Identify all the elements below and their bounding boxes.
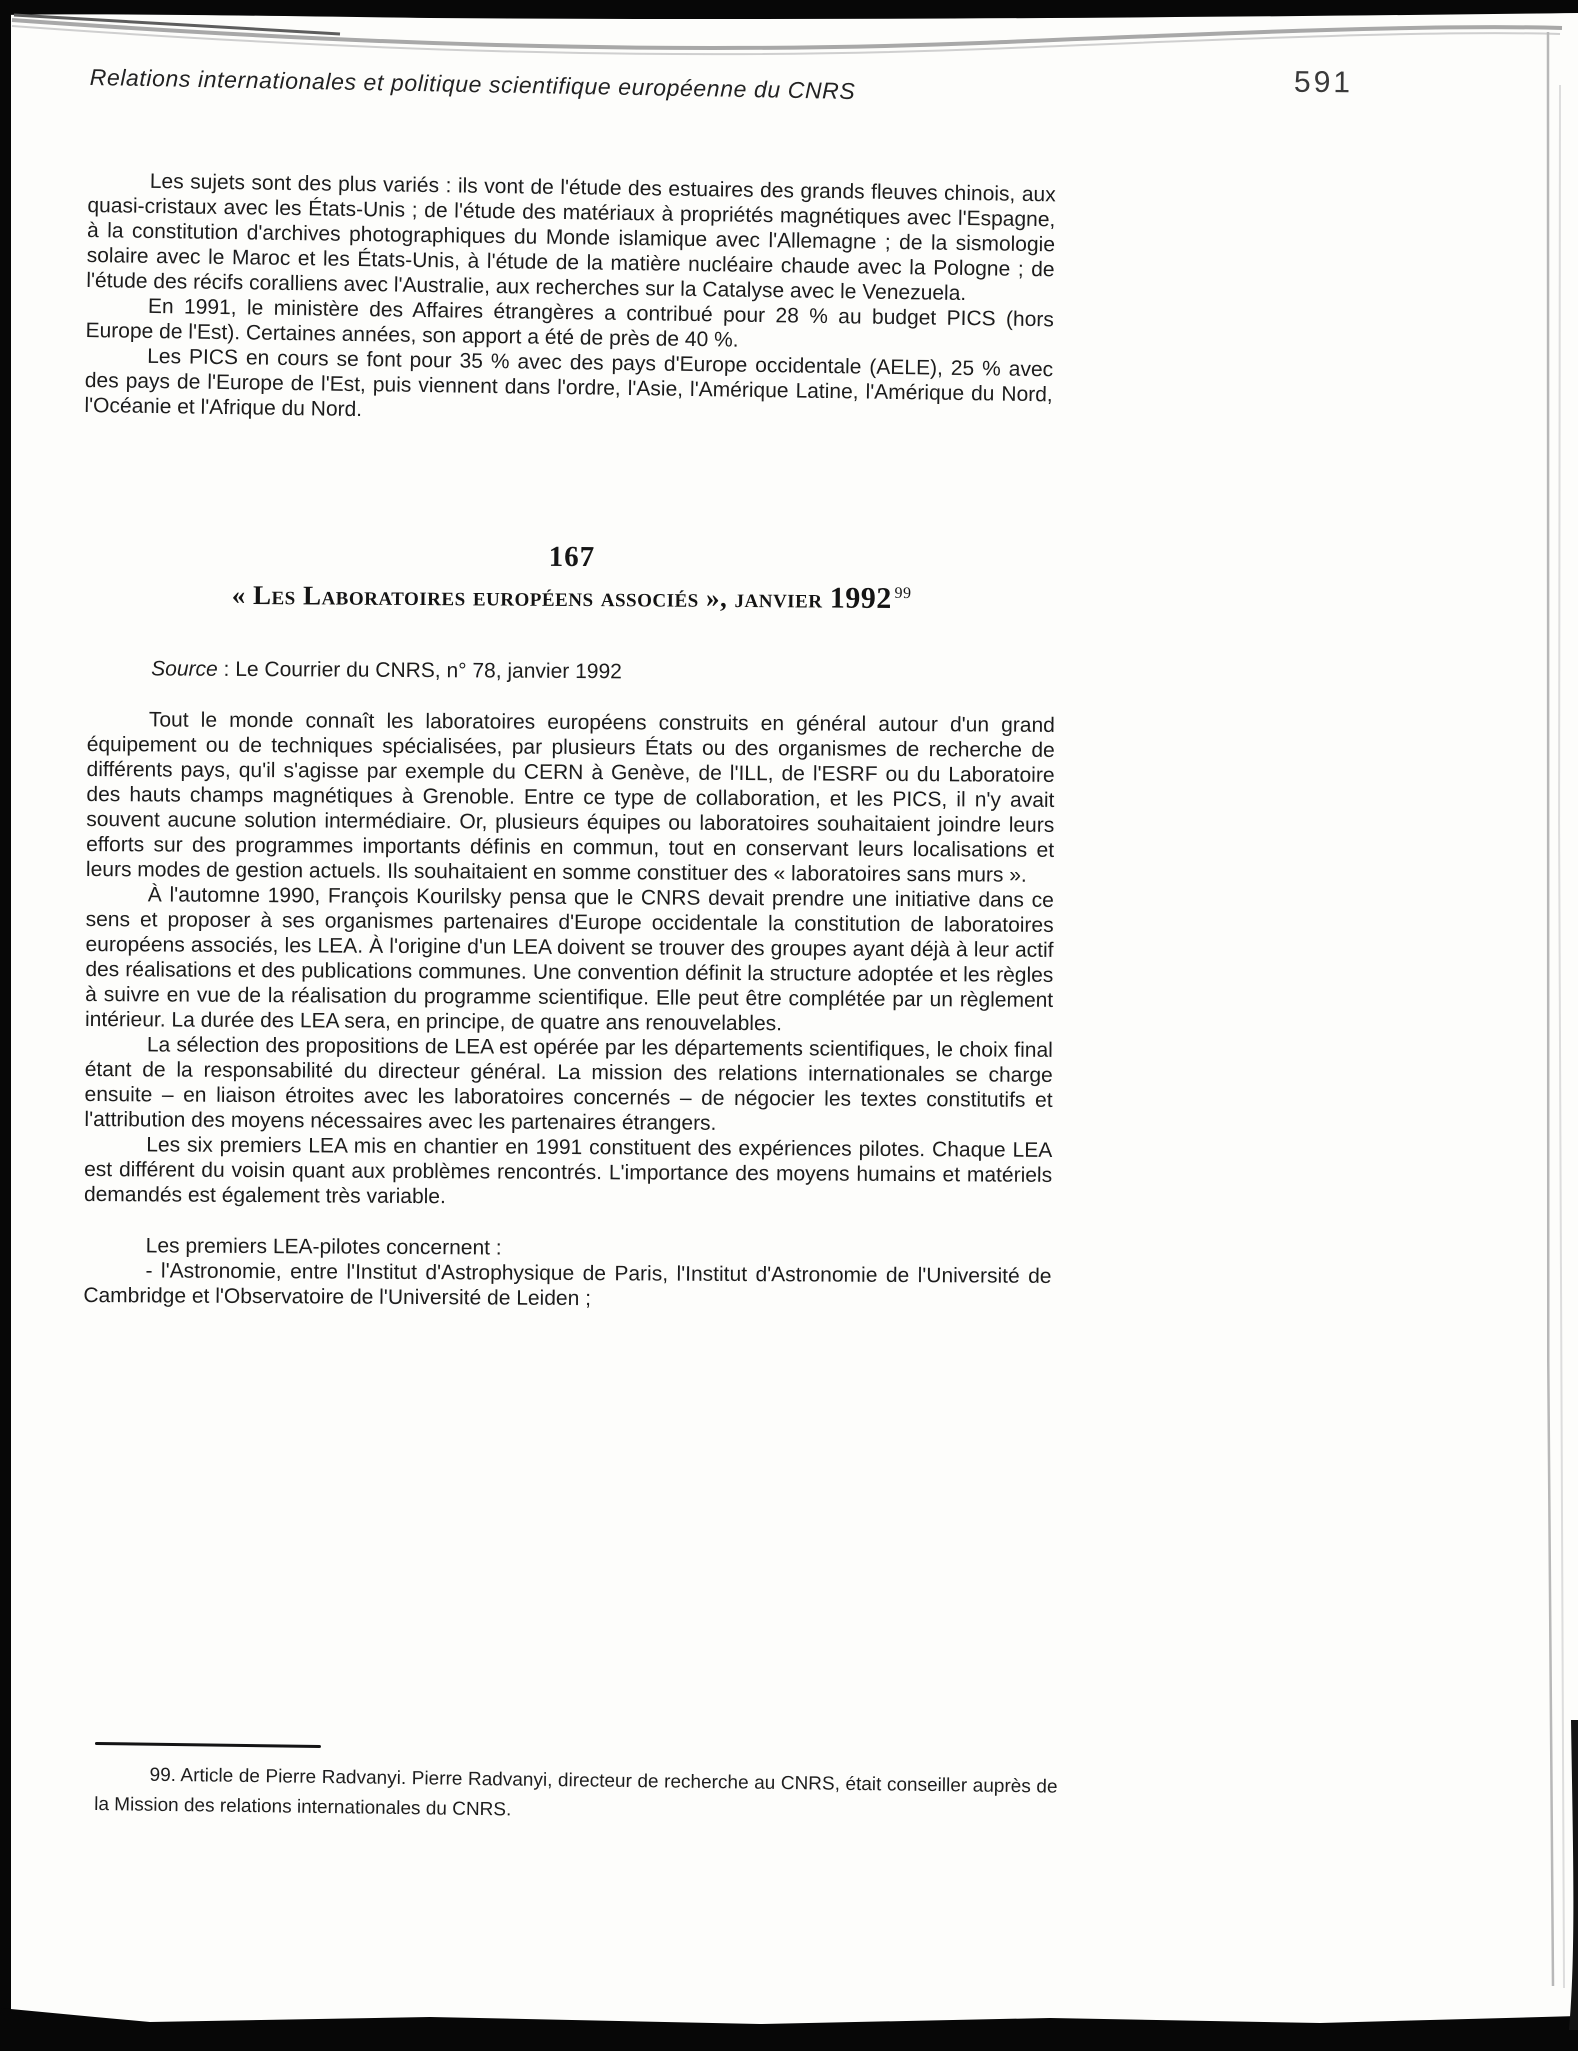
source-line: Source : Le Courrier du CNRS, n° 78, jan… — [151, 657, 1055, 687]
source-text: : Le Courrier du CNRS, n° 78, janvier 19… — [218, 658, 622, 683]
document-title-year: 1992 — [830, 582, 892, 615]
document-title: « Les Laboratoires européens associés »,… — [88, 577, 1056, 617]
document-title-text: « Les Laboratoires européens associés »,… — [232, 580, 830, 614]
page-curl-line — [12, 20, 1562, 48]
scan-border-top — [0, 0, 1578, 19]
page-curl-line-light — [12, 26, 1560, 54]
page-curl-line-dark — [14, 15, 340, 34]
list-item: - l'Astronomie, entre l'Institut d'Astro… — [83, 1258, 1051, 1314]
scan-border-right-sliver — [1569, 1720, 1578, 2030]
source-label: Source — [151, 657, 218, 680]
lea-pilot-list: Les premiers LEA-pilotes concernent : - … — [83, 1233, 1051, 1314]
scan-border-left — [0, 0, 11, 2051]
running-head-title: Relations internationales et politique s… — [90, 64, 1240, 112]
page-edge-line — [1546, 32, 1553, 1986]
footnote-reference-mark: 99 — [894, 585, 911, 602]
body-paragraph: À l'automne 1990, François Kourilsky pen… — [85, 882, 1054, 1038]
intro-paragraph: Les PICS en cours se font pour 35 % avec… — [84, 343, 1053, 432]
document-number: 167 — [88, 538, 1056, 577]
scanned-book-page: Relations internationales et politique s… — [0, 0, 1578, 2051]
scan-border-bottom — [0, 2008, 1578, 2051]
footnote-section: 99. Article de Pierre Radvanyi. Pierre R… — [94, 1742, 1058, 1833]
body-paragraph: Tout le monde connaît les laboratoires e… — [86, 707, 1055, 888]
body-paragraph: La sélection des propositions de LEA est… — [84, 1032, 1053, 1138]
document-section: 167 « Les Laboratoires européens associé… — [83, 538, 1056, 1314]
page-number: 591 — [1294, 66, 1353, 101]
document-body: Tout le monde connaît les laboratoires e… — [84, 707, 1055, 1213]
page-edge-line-light — [1559, 85, 1564, 1988]
intro-section: Les sujets sont des plus variés : ils vo… — [84, 168, 1056, 432]
footnote-text: 99. Article de Pierre Radvanyi. Pierre R… — [94, 1760, 1058, 1833]
body-paragraph: Les six premiers LEA mis en chantier en … — [84, 1132, 1052, 1213]
intro-paragraph: Les sujets sont des plus variés : ils vo… — [86, 168, 1056, 307]
footnote-rule — [95, 1742, 321, 1748]
